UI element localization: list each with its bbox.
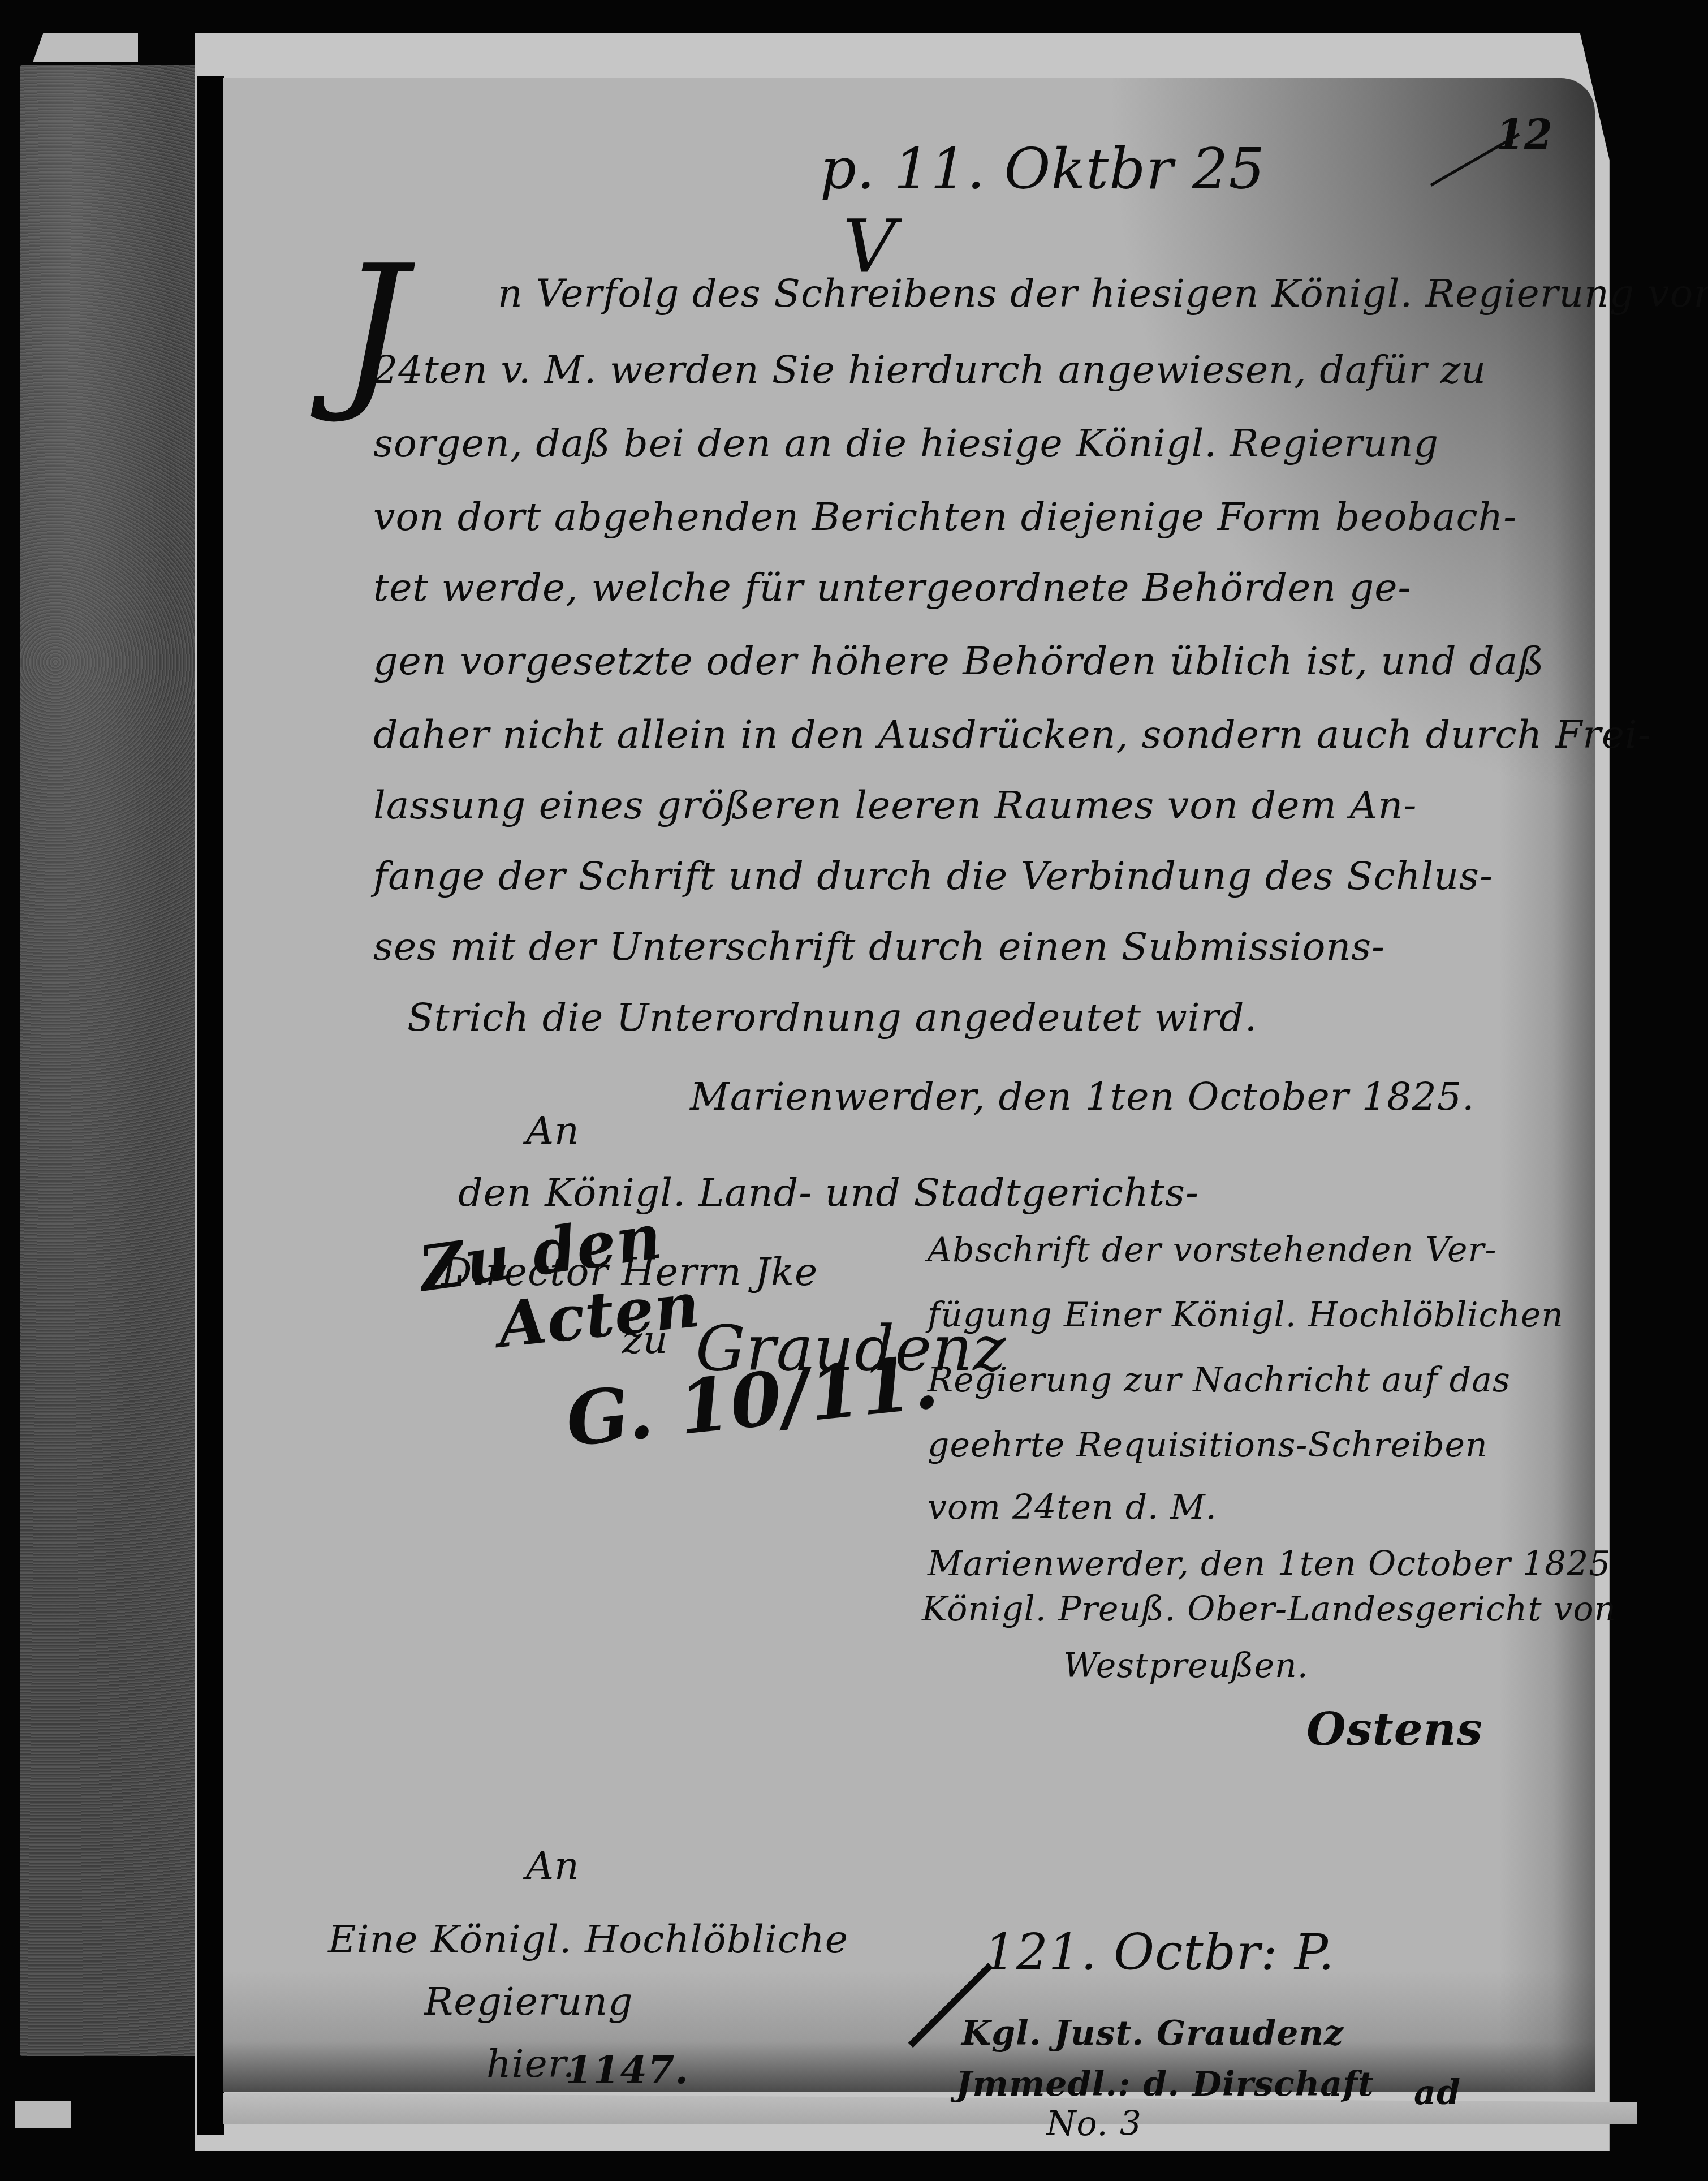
copy-note-line: Marienwerder, den 1ten October 1825 (928, 1544, 1611, 1584)
body-line: n Verfolg des Schreibens der hiesigen Kö… (498, 271, 1708, 316)
copy-note-line: fügung Einer Königl. Hochlöblichen (928, 1295, 1564, 1335)
header-note: p. 11. Oktbr 25 (820, 136, 1265, 202)
body-line: ses mit der Unterschrift durch einen Sub… (373, 925, 1385, 969)
body-line: 24ten v. M. werden Sie hierdurch angewie… (373, 348, 1486, 393)
scan-background: 12 p. 11. Oktbr 25 V J n Verfolg des Sch… (0, 0, 1708, 2181)
body-line: sorgen, daß bei den an die hiesige König… (373, 421, 1439, 466)
body-line: fange der Schrift und durch die Verbindu… (373, 854, 1493, 899)
receipt-mark: ad (1414, 2073, 1461, 2113)
copy-note-line: vom 24ten d. M. (928, 1488, 1217, 1527)
body-line: Strich die Unterordnung angedeutet wird. (407, 995, 1257, 1040)
receipt-note-line: Jmmedl.: d. Dirschaft (956, 2064, 1374, 2104)
closing-salutation: An (526, 1844, 580, 1889)
closing-line: Regierung (424, 1980, 633, 2024)
page-gutter (197, 76, 224, 2135)
copy-note-line: Westpreußen. (1063, 1646, 1309, 1686)
place-date: Marienwerder, den 1ten October 1825. (690, 1075, 1475, 1119)
binding-tab-bottom (15, 2101, 71, 2128)
body-line: tet werde, welche für untergeordnete Beh… (373, 566, 1412, 610)
copy-note-line: Königl. Preuß. Ober-Landesgericht von (922, 1589, 1616, 1629)
binding-tab-top (33, 33, 138, 62)
receipt-note-line: No. 3 (1046, 2104, 1142, 2144)
addressee-salutation: An (526, 1109, 580, 1153)
body-line: daher nicht allein in den Ausdrücken, so… (373, 713, 1651, 757)
folio-number: 12 (1496, 110, 1552, 158)
book-binding-strip (20, 65, 198, 2056)
copy-note-line: Regierung zur Nachricht auf das (928, 1360, 1511, 1400)
closing-line: hier. (486, 2042, 575, 2087)
receipt-note-line: Kgl. Just. Graudenz (961, 2014, 1344, 2053)
body-line: von dort abgehenden Berichten diejenige … (373, 495, 1517, 540)
copy-note-line: geehrte Requisitions-Schreiben (928, 1425, 1488, 1465)
copy-note-line: Abschrift der vorstehenden Ver- (928, 1230, 1497, 1270)
closing-line: Eine Königl. Hochlöbliche (328, 1917, 848, 1962)
body-line: lassung eines größeren leeren Raumes von… (373, 783, 1417, 828)
signature: Ostens (1306, 1702, 1483, 1756)
body-line: gen vorgesetzte oder höhere Behörden übl… (373, 639, 1545, 684)
addressee-line: den Königl. Land- und Stadtgerichts- (458, 1171, 1199, 1216)
receipt-number: 1147. (566, 2048, 689, 2093)
receipt-note-line: 121. Octbr: P. (984, 1923, 1335, 1981)
